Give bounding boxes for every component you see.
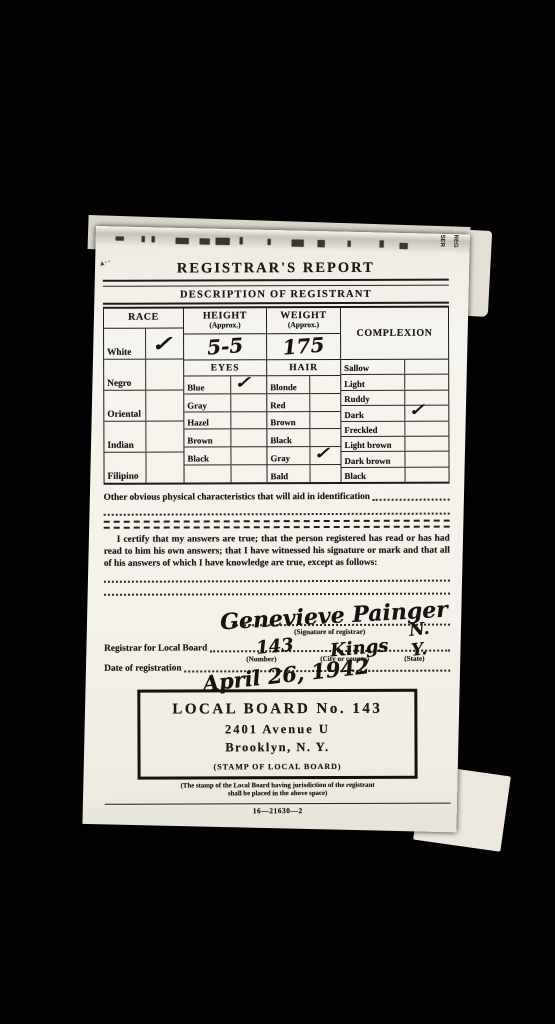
race-row: Indian xyxy=(104,422,183,453)
check-cell xyxy=(405,360,448,375)
option-label: Light brown xyxy=(341,437,405,452)
option-label: Red xyxy=(267,394,310,411)
registration-date-line: Date of registration April 26, 1942 xyxy=(104,661,450,682)
stamp-note-line2: shall be placed in the above space) xyxy=(105,790,451,799)
option-label xyxy=(185,465,232,482)
complexion-column: COMPLEXION Sallow Light Ruddy xyxy=(341,308,449,482)
checkmark: ✓ xyxy=(312,445,332,464)
race-row: Negro xyxy=(104,360,183,391)
height-eyes-column: HEIGHT (Approx.) 5-5 EYES Blue ✓ Gray xyxy=(184,308,268,482)
option-label: Filipino xyxy=(104,453,146,483)
option-label: Oriental xyxy=(104,391,146,421)
race-header: RACE xyxy=(104,309,183,329)
eyes-row: Gray xyxy=(184,394,266,412)
hair-row: Bald xyxy=(268,465,341,482)
check-cell xyxy=(310,394,340,411)
check-cell xyxy=(405,436,448,451)
check-cell xyxy=(310,429,340,446)
option-label: Black xyxy=(342,467,406,482)
report-title: REGISTRAR'S REPORT xyxy=(103,261,449,277)
checkmark: ✓ xyxy=(407,401,427,420)
check-cell xyxy=(146,453,183,483)
option-label: Blonde xyxy=(267,376,310,393)
weight-approx-text: (Approx.) xyxy=(267,320,340,329)
registrar-report-card: SER REG ▴·· REGISTRAR'S REPORT DESCRIPTI… xyxy=(82,226,469,832)
eyes-row: Blue ✓ xyxy=(184,376,266,394)
hair-row: Gray ✓ xyxy=(267,447,340,465)
blank-dotted-line xyxy=(104,513,450,516)
blank-dotted-line xyxy=(104,593,450,596)
height-value-handwriting: 5-5 xyxy=(183,331,267,361)
registrar-board-label: Registrar for Local Board xyxy=(104,643,207,653)
option-label: Dark brown xyxy=(341,452,405,467)
check-cell: ✓ xyxy=(310,447,340,464)
checkmark: ✓ xyxy=(149,333,174,357)
weight-value-cell: 175 xyxy=(267,334,340,360)
option-label: Dark xyxy=(341,406,405,421)
option-label: Bald xyxy=(268,465,311,482)
option-label: Black xyxy=(267,430,310,447)
check-cell xyxy=(231,394,266,411)
check-cell xyxy=(310,412,340,429)
check-cell: ✓ xyxy=(231,376,266,393)
option-label: Black xyxy=(184,448,231,465)
registration-date-label: Date of registration xyxy=(104,664,181,674)
local-board-name: LOCAL BOARD No. 143 xyxy=(140,701,414,719)
check-cell xyxy=(146,360,183,390)
signature-block: Genevieve Painger (Signature of registra… xyxy=(104,597,450,636)
check-cell xyxy=(310,376,340,393)
description-table: RACE White ✓ Negro Oriental xyxy=(103,306,450,485)
height-header: HEIGHT (Approx.) xyxy=(184,308,266,334)
option-label: Gray xyxy=(267,447,310,464)
complexion-row: Ruddy xyxy=(341,390,448,406)
weight-hair-column: WEIGHT (Approx.) 175 HAIR Blonde Red xyxy=(267,308,342,482)
option-label: Hazel xyxy=(184,412,231,429)
dotted-fill xyxy=(373,499,450,501)
certification-paragraph: I certify that my answers are true; that… xyxy=(104,533,450,570)
option-label: Freckled xyxy=(341,421,405,436)
complexion-row: Freckled xyxy=(341,421,448,437)
hair-header: HAIR xyxy=(267,360,340,376)
complexion-header: COMPLEXION xyxy=(341,308,448,360)
option-label: Sallow xyxy=(341,360,405,375)
check-cell xyxy=(146,391,183,421)
eyes-row: Black xyxy=(184,448,266,466)
local-board-stamp-box: LOCAL BOARD No. 143 2401 Avenue U Brookl… xyxy=(137,689,417,780)
check-cell xyxy=(231,430,266,447)
checkmark: ✓ xyxy=(233,374,253,393)
complexion-row: Sallow xyxy=(341,360,448,376)
hair-row: Red xyxy=(267,394,340,412)
other-characteristics-label: Other obvious physical characteristics t… xyxy=(104,492,370,503)
option-label: Ruddy xyxy=(341,390,405,405)
check-cell xyxy=(231,412,266,429)
option-label: Negro xyxy=(104,360,146,390)
printed-form: ▴·· REGISTRAR'S REPORT DESCRIPTION OF RE… xyxy=(90,230,466,829)
rule xyxy=(103,279,449,287)
complexion-row: Dark brown xyxy=(341,452,448,468)
option-label: Gray xyxy=(184,394,231,411)
other-characteristics-line: Other obvious physical characteristics t… xyxy=(104,492,450,503)
check-cell xyxy=(405,421,448,436)
eyes-row: Hazel xyxy=(184,412,266,430)
check-cell xyxy=(232,465,267,482)
weight-value-handwriting: 175 xyxy=(266,331,341,360)
stamp-instruction-note: (The stamp of the Local Board having jur… xyxy=(105,782,451,799)
option-label: Brown xyxy=(184,430,231,447)
eyes-header: EYES xyxy=(184,360,266,376)
local-board-address: 2401 Avenue U xyxy=(140,722,414,738)
complexion-row: Light brown xyxy=(341,436,448,452)
check-cell xyxy=(311,465,341,482)
weight-header: WEIGHT (Approx.) xyxy=(267,308,340,334)
race-column: RACE White ✓ Negro Oriental xyxy=(104,309,185,483)
rule xyxy=(105,803,451,805)
check-cell: ✓ xyxy=(146,329,183,359)
registrar-board-line: Registrar for Local Board 143 Kings N. Y… xyxy=(104,635,450,662)
check-cell xyxy=(405,452,448,467)
height-value-cell: 5-5 xyxy=(184,334,266,360)
rule xyxy=(103,302,449,305)
complexion-row: Light xyxy=(341,375,448,391)
check-cell xyxy=(146,422,183,452)
dashed-divider xyxy=(104,520,450,529)
option-label: Blue xyxy=(184,376,231,393)
blank-dotted-line xyxy=(104,580,450,583)
eyes-row: Brown xyxy=(184,430,266,448)
option-label: White xyxy=(104,329,146,359)
complexion-row: Black xyxy=(342,467,449,482)
form-number: 16—21630—2 xyxy=(105,806,451,816)
option-label: Indian xyxy=(104,422,146,452)
race-row: Oriental xyxy=(104,391,183,422)
hair-row: Blonde xyxy=(267,376,340,394)
option-label: Light xyxy=(341,375,405,390)
race-row: Filipino xyxy=(104,453,183,483)
check-cell xyxy=(406,467,449,482)
hair-row: Brown xyxy=(267,412,340,430)
check-cell xyxy=(231,448,266,465)
check-cell: ✓ xyxy=(405,406,448,421)
complexion-row: Dark ✓ xyxy=(341,406,448,422)
local-board-city: Brooklyn, N. Y. xyxy=(140,740,414,756)
check-cell xyxy=(405,375,448,390)
eyes-row-empty xyxy=(185,465,267,482)
scan-background: SER REG ▴·· REGISTRAR'S REPORT DESCRIPTI… xyxy=(0,0,555,1024)
race-row: White ✓ xyxy=(104,329,183,360)
option-label: Brown xyxy=(267,412,310,429)
height-approx-text: (Approx.) xyxy=(184,320,266,329)
section-title: DESCRIPTION OF REGISTRANT xyxy=(103,289,449,301)
stamp-box-caption: (STAMP OF LOCAL BOARD) xyxy=(141,762,415,772)
